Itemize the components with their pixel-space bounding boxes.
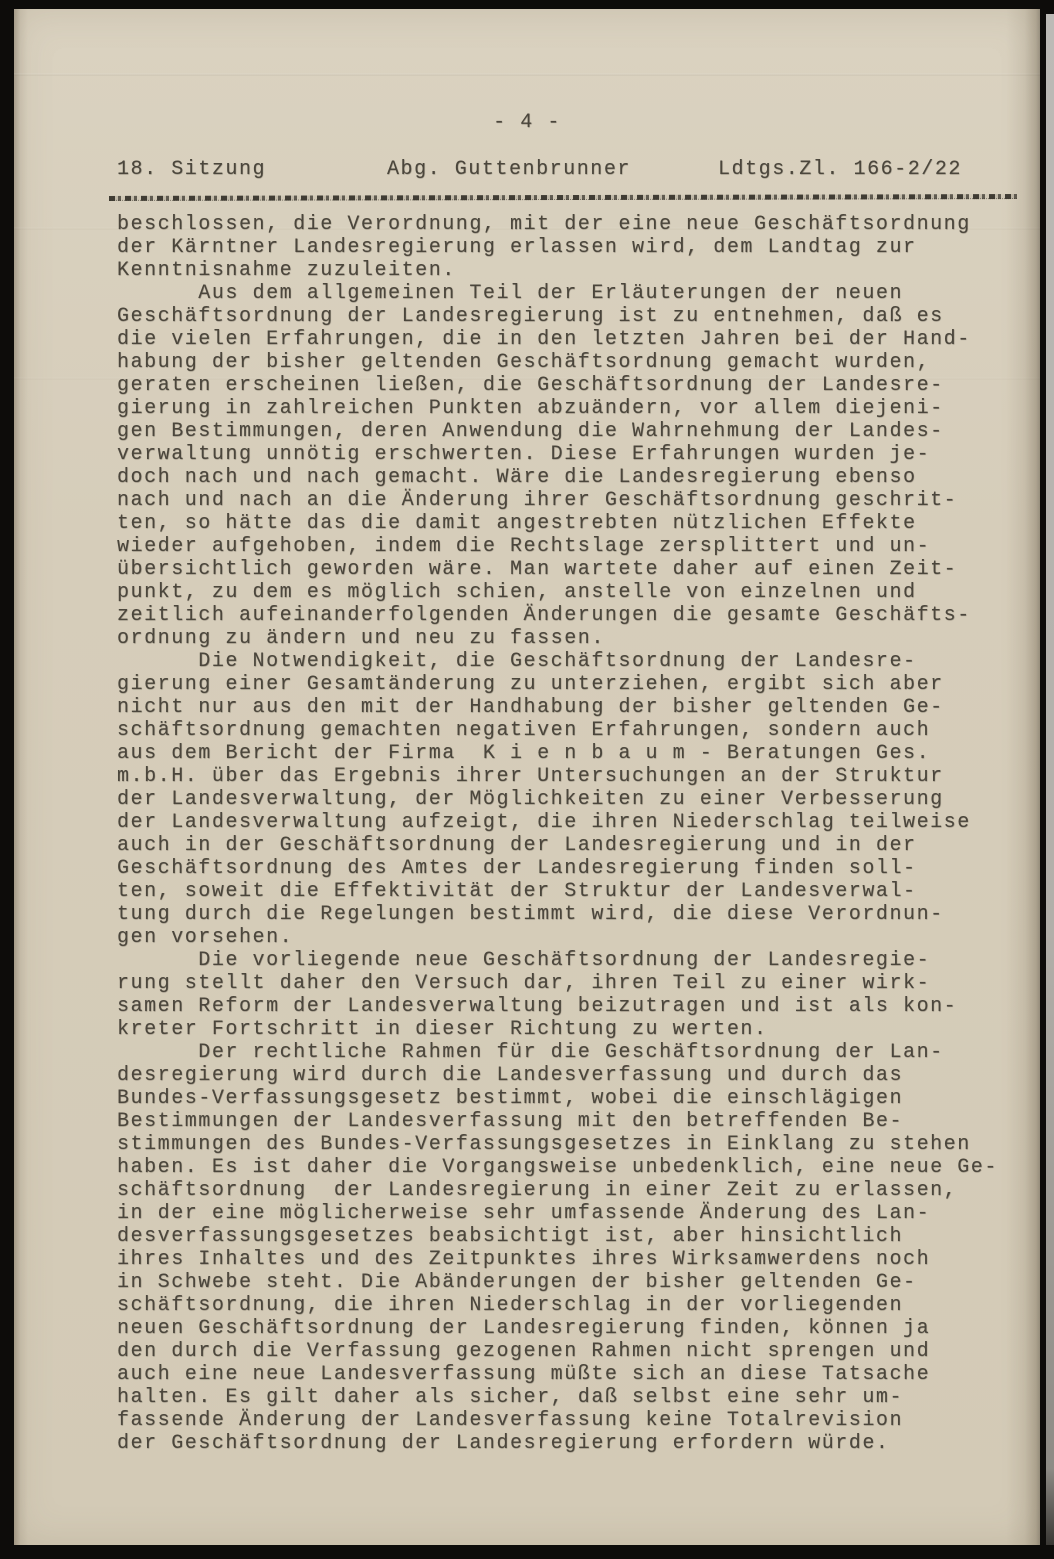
page-number: - 4 - [14,111,1040,134]
text-line: punkt, zu dem es möglich schien, anstell… [117,581,1027,604]
text-line: in der eine möglicherweise sehr umfassen… [117,1202,1027,1225]
text-line: geraten erscheinen ließen, die Geschäfts… [117,374,1027,397]
header-session-label: 18. Sitzung [117,157,266,183]
text-line: den durch die Verfassung gezogenen Rahme… [117,1340,1027,1363]
text-line: ihres Inhaltes und des Zeitpunktes ihres… [117,1248,1027,1271]
text-line: m.b.H. über das Ergebnis ihrer Untersuch… [117,765,1027,788]
text-line: Der rechtliche Rahmen für die Geschäftso… [117,1041,1027,1064]
text-line: in Schwebe steht. Die Abänderungen der b… [117,1271,1027,1294]
text-line: gen Bestimmungen, deren Anwendung die Wa… [117,420,1027,443]
text-line: die vielen Erfahrungen, die in den letzt… [117,328,1027,351]
text-line: beschlossen, die Verordnung, mit der ein… [117,213,1027,236]
text-line: zeitlich aufeinanderfolgenden Änderungen… [117,604,1027,627]
paragraph: beschlossen, die Verordnung, mit der ein… [117,213,1027,282]
text-line: ten, soweit die Effektivität der Struktu… [117,880,1027,903]
text-line: der Landesverwaltung, der Möglichkeiten … [117,788,1027,811]
text-line: Geschäftsordnung der Landesregierung ist… [117,305,1027,328]
paragraph: Aus dem allgemeinen Teil der Erläuterung… [117,282,1027,650]
text-line: gierung in zahlreichen Punkten abzuänder… [117,397,1027,420]
text-line: der Landesverwaltung aufzeigt, die ihren… [117,811,1027,834]
text-line: halten. Es gilt daher als sicher, daß se… [117,1386,1027,1409]
text-line: Kenntnisnahme zuzuleiten. [117,259,1027,282]
text-line: Die Notwendigkeit, die Geschäftsordnung … [117,650,1027,673]
text-line: schäftsordnung gemachten negativen Erfah… [117,719,1027,742]
scanned-page: - 4 - 18. Sitzung Abg. Guttenbrunner Ldt… [14,9,1040,1545]
text-line: der Geschäftsordnung der Landesregierung… [117,1432,1027,1455]
text-line: stimmungen des Bundes-Verfassungsgesetze… [117,1133,1027,1156]
text-line: wieder aufgehoben, indem die Rechtslage … [117,535,1027,558]
text-line: Bundes-Verfassungsgesetz bestimmt, wobei… [117,1087,1027,1110]
text-line: haben. Es ist daher die Vorgangsweise un… [117,1156,1027,1179]
text-line: rung stellt daher den Versuch dar, ihren… [117,972,1027,995]
text-line: fassende Änderung der Landesverfassung k… [117,1409,1027,1432]
text-line: gierung einer Gesamtänderung zu unterzie… [117,673,1027,696]
text-line: habung der bisher geltenden Geschäftsord… [117,351,1027,374]
paragraph: Die Notwendigkeit, die Geschäftsordnung … [117,650,1027,949]
text-line: desverfassungsgesetzes beabsichtigt ist,… [117,1225,1027,1248]
text-line: ordnung zu ändern und neu zu fassen. [117,627,1027,650]
text-line: neuen Geschäftsordnung der Landesregieru… [117,1317,1027,1340]
text-line: desregierung wird durch die Landesverfas… [117,1064,1027,1087]
document-body: beschlossen, die Verordnung, mit der ein… [117,213,1027,1455]
header-divider-rule [109,194,1017,201]
page-header: 18. Sitzung Abg. Guttenbrunner Ldtgs.Zl.… [14,157,1040,183]
text-line: der Kärntner Landesregierung erlassen wi… [117,236,1027,259]
text-line: auch eine neue Landesverfassung müßte si… [117,1363,1027,1386]
text-line: nicht nur aus den mit der Handhabung der… [117,696,1027,719]
text-line: Die vorliegende neue Geschäftsordnung de… [117,949,1027,972]
text-line: Aus dem allgemeinen Teil der Erläuterung… [117,282,1027,305]
text-line: kreter Fortschritt in dieser Richtung zu… [117,1018,1027,1041]
paragraph: Die vorliegende neue Geschäftsordnung de… [117,949,1027,1041]
text-line: verwaltung unnötig erschwerten. Diese Er… [117,443,1027,466]
text-line: schäftsordnung der Landesregierung in ei… [117,1179,1027,1202]
paper-crease [14,73,1040,76]
text-line: aus dem Bericht der Firma K i e n b a u … [117,742,1027,765]
text-line: ten, so hätte das die damit angestrebten… [117,512,1027,535]
paragraph: Der rechtliche Rahmen für die Geschäftso… [117,1041,1027,1455]
text-line: samen Reform der Landesverwaltung beizut… [117,995,1027,1018]
header-speaker-label: Abg. Guttenbrunner [387,157,631,183]
text-line: doch nach und nach gemacht. Wäre die Lan… [117,466,1027,489]
text-line: nach und nach an die Änderung ihrer Gesc… [117,489,1027,512]
text-line: Geschäftsordnung des Amtes der Landesreg… [117,857,1027,880]
text-line: schäftsordnung, die ihren Niederschlag i… [117,1294,1027,1317]
header-reference-label: Ldtgs.Zl. 166-2/22 [718,157,962,183]
scan-background: { "document": { "page_number": "- 4 -", … [0,0,1054,1559]
scan-page-edge [1046,14,1054,1545]
text-line: gen vorsehen. [117,926,1027,949]
text-line: Bestimmungen der Landesverfassung mit de… [117,1110,1027,1133]
text-line: tung durch die Regelungen bestimmt wird,… [117,903,1027,926]
text-line: übersichtlich geworden wäre. Man wartete… [117,558,1027,581]
text-line: auch in der Geschäftsordnung der Landesr… [117,834,1027,857]
